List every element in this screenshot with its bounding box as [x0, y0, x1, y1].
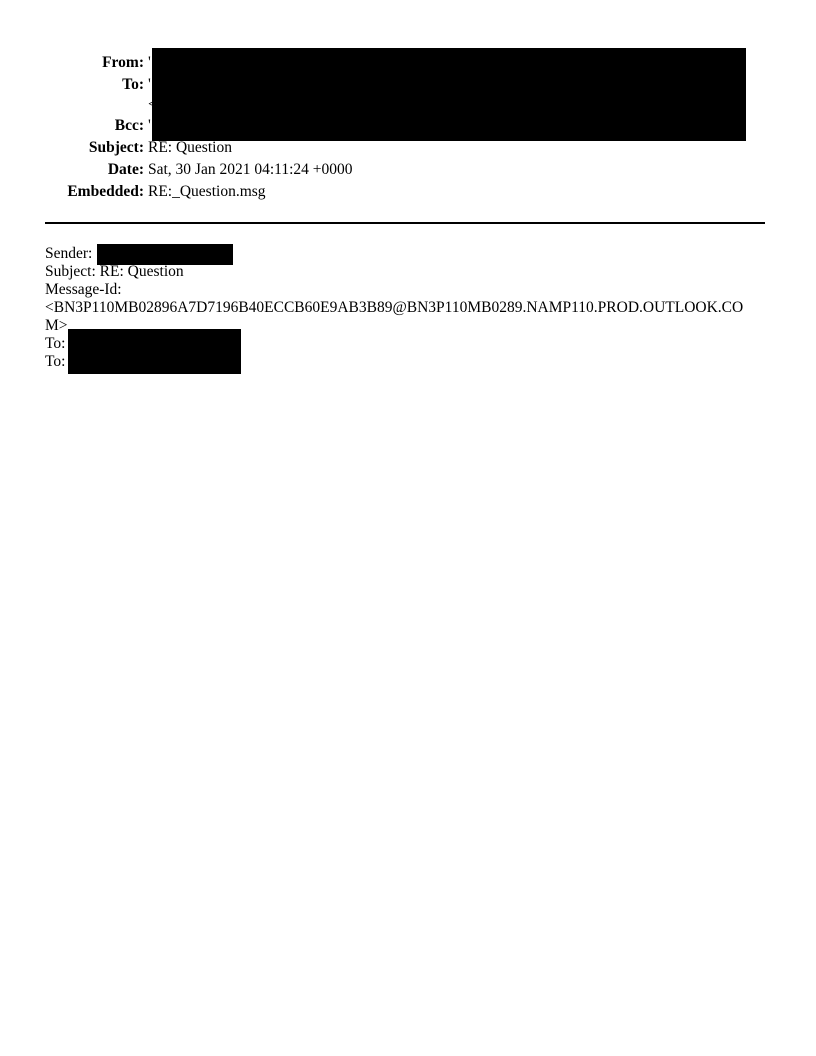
message-id-line-1: <BN3P110MB02896A7D7196B40ECCB60E9AB3B89@…	[45, 299, 743, 317]
sender-line: Sender:	[45, 245, 92, 263]
bcc-label: Bcc:	[115, 115, 144, 137]
subject-line: Subject: RE: Question	[45, 263, 184, 281]
sender-label: Sender:	[45, 245, 92, 262]
header-date: Date: Sat, 30 Jan 2021 04:11:24 +0000	[0, 159, 816, 181]
date-value: Sat, 30 Jan 2021 04:11:24 +0000	[148, 159, 353, 181]
redaction-block-header	[152, 48, 746, 141]
subject-label: Subject:	[89, 137, 144, 159]
to-value: '	[148, 74, 151, 96]
redaction-block-sender	[97, 244, 233, 265]
header-embedded: Embedded: RE:_Question.msg	[0, 181, 816, 203]
bcc-value: '	[148, 115, 151, 137]
date-label: Date:	[108, 159, 144, 181]
message-id-label: Message-Id:	[45, 281, 122, 299]
to-line-2: To:	[45, 353, 65, 371]
to-label: To:	[122, 74, 144, 96]
from-value: '	[148, 52, 151, 74]
embedded-value: RE:_Question.msg	[148, 181, 266, 203]
embedded-label: Embedded:	[67, 181, 144, 203]
from-label: From:	[102, 52, 144, 74]
redaction-block-recipients	[68, 329, 241, 374]
separator-rule	[45, 222, 765, 224]
to-line-1: To:	[45, 335, 65, 353]
message-id-line-2: M>	[45, 317, 68, 335]
